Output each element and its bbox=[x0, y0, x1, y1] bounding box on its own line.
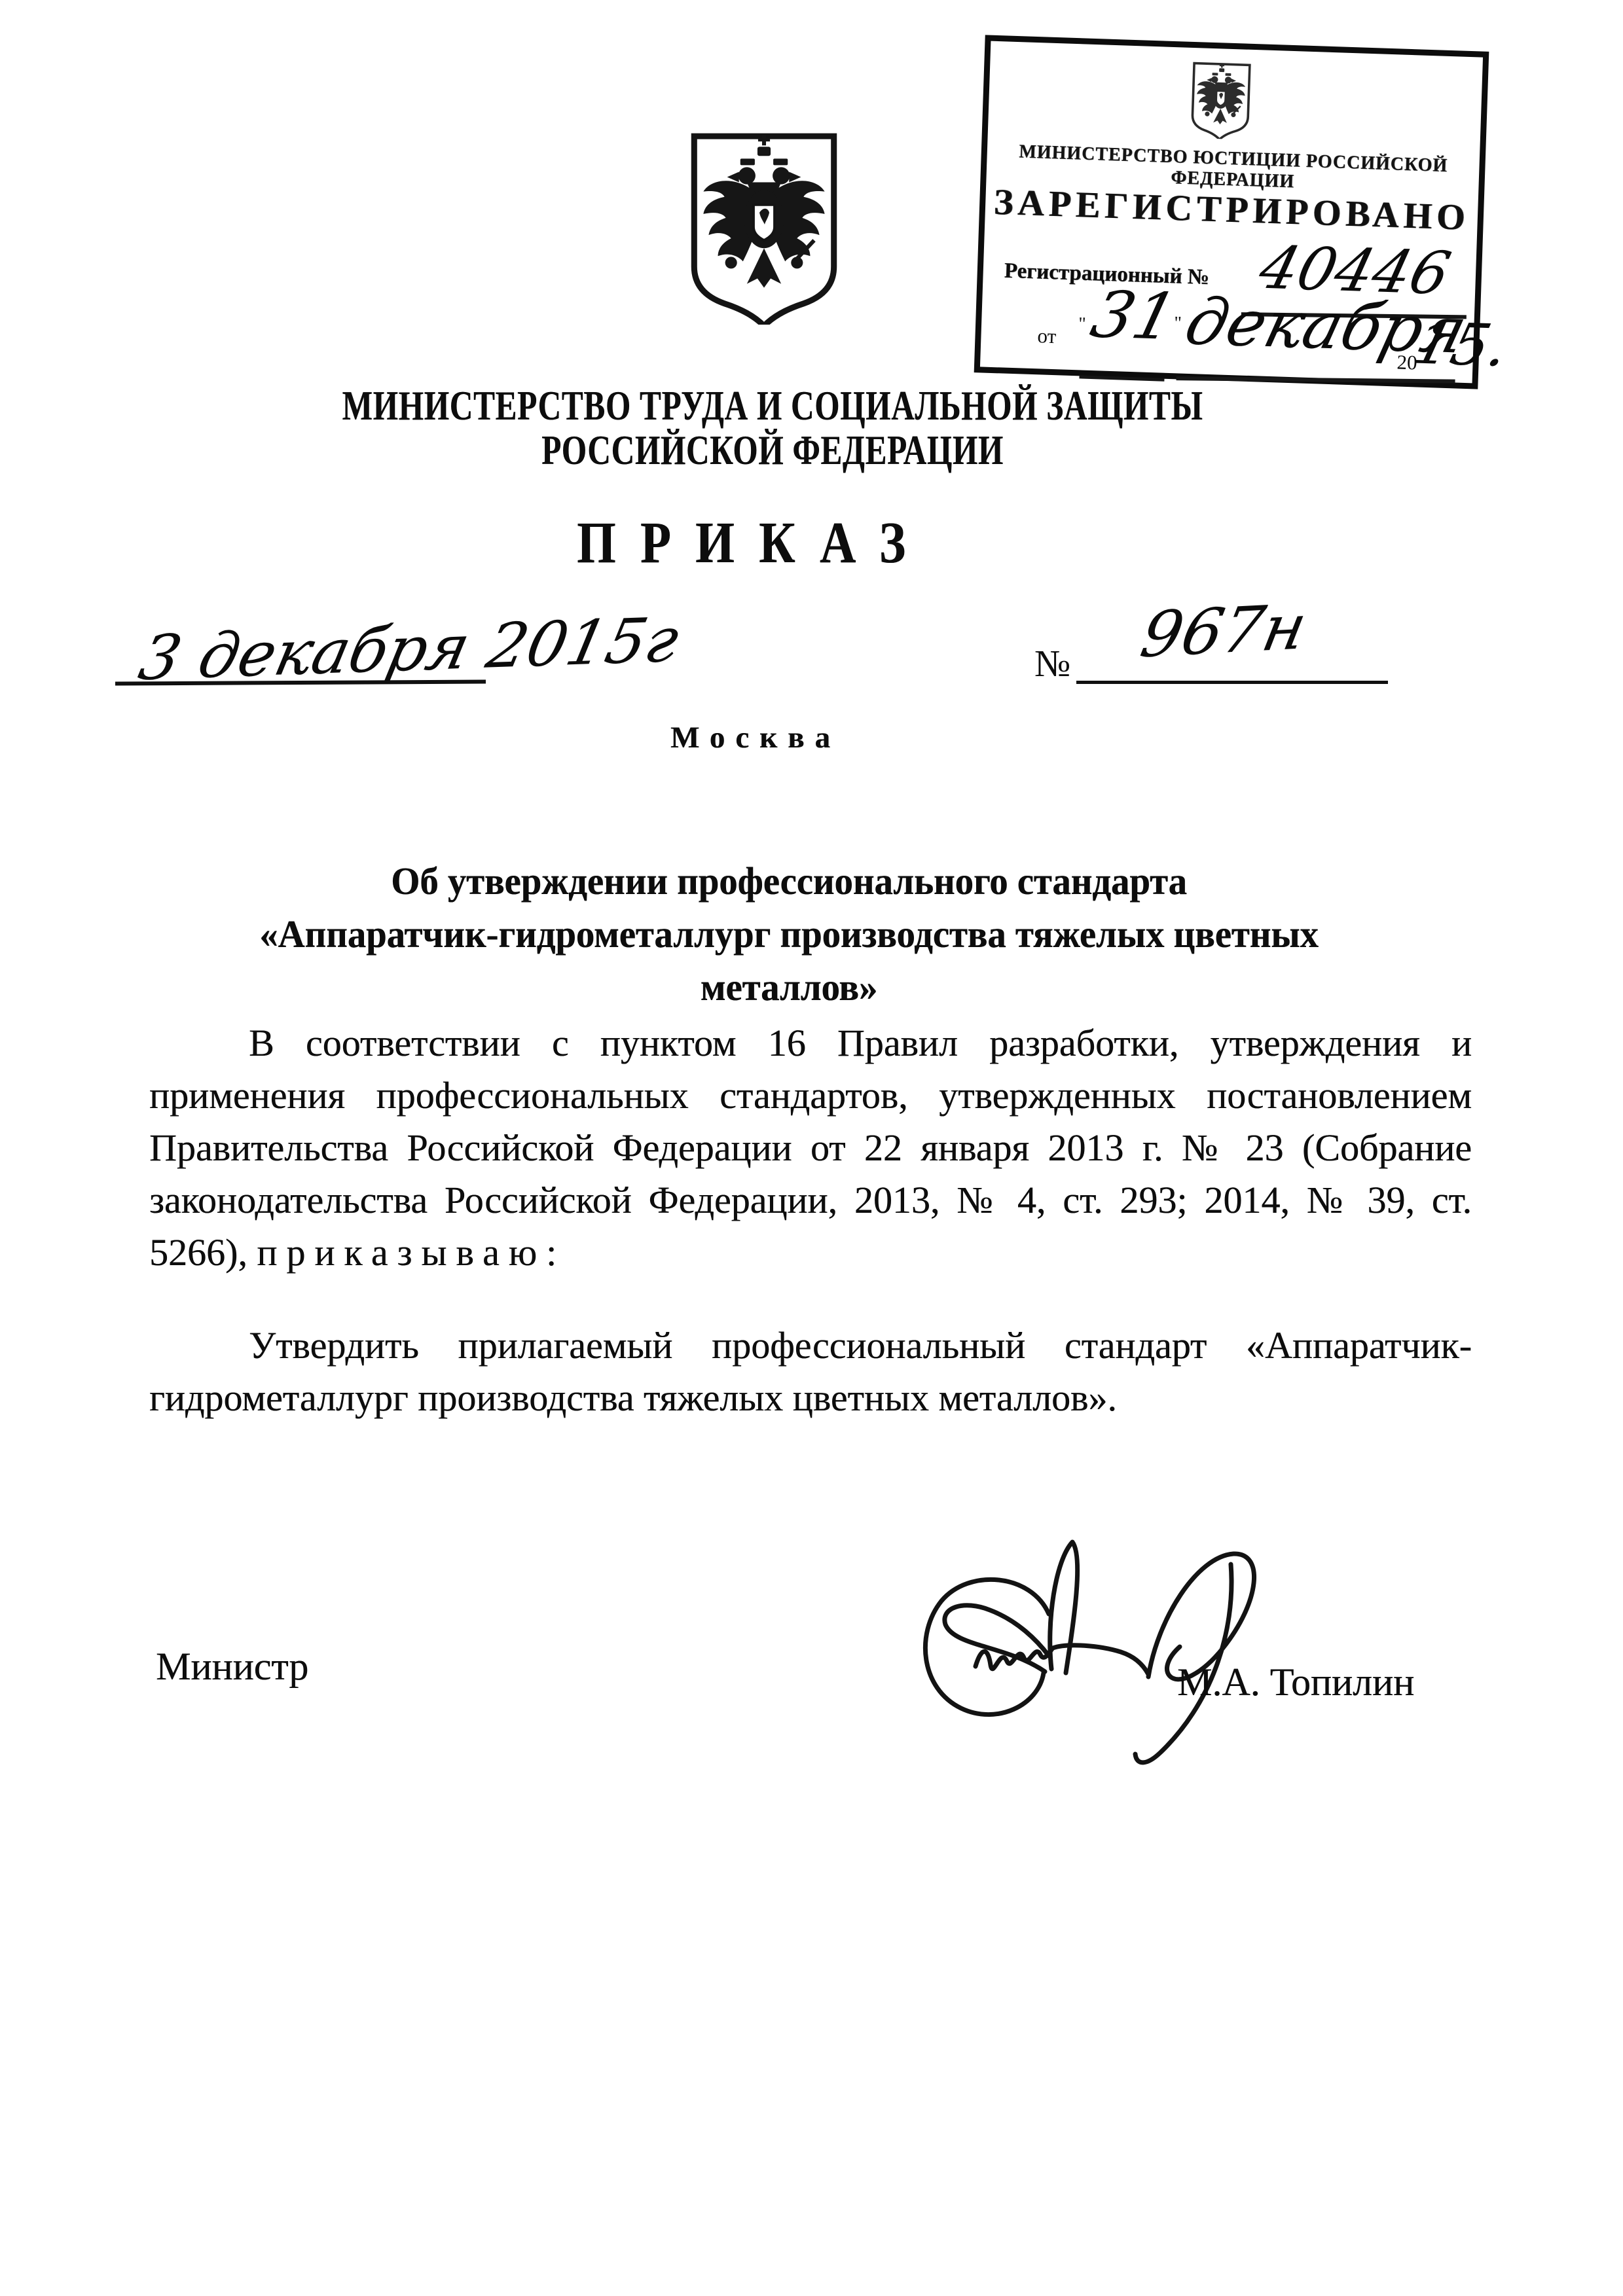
ministry-name-line1: МИНИСТЕРСТВО ТРУДА И СОЦИАЛЬНОЙ ЗАЩИТЫ bbox=[318, 384, 1227, 428]
handwritten-signature-icon bbox=[877, 1517, 1296, 1799]
stamp-quote-close: " bbox=[1174, 313, 1182, 334]
signer-name: М.А. Топилин bbox=[1177, 1660, 1414, 1705]
coat-of-arms-icon bbox=[685, 127, 843, 325]
paragraph-resolution: Утвердить прилагаемый профессиональный с… bbox=[149, 1319, 1472, 1424]
stamp-eagle-icon bbox=[1188, 60, 1254, 140]
stamp-date-prefix: от bbox=[1037, 324, 1057, 348]
stamp-month-underline bbox=[1176, 376, 1455, 383]
city-label: Москва bbox=[227, 720, 1274, 755]
order-number-handwritten: 967н bbox=[1135, 590, 1313, 672]
order-verb-emphasis: приказываю: bbox=[257, 1231, 566, 1274]
number-underline bbox=[1076, 681, 1388, 684]
registration-stamp: МИНИСТЕРСТВО ЮСТИЦИИ РОССИЙСКОЙ ФЕДЕРАЦИ… bbox=[974, 35, 1489, 389]
stamp-quote-open: " bbox=[1078, 314, 1086, 334]
stamp-date-day: 31 bbox=[1084, 278, 1184, 355]
ministry-name: МИНИСТЕРСТВО ТРУДА И СОЦИАЛЬНОЙ ЗАЩИТЫ Р… bbox=[318, 384, 1227, 473]
subject-heading: Об утверждении профессионального стандар… bbox=[183, 855, 1396, 1014]
subject-line: металлов» bbox=[183, 961, 1396, 1014]
stamp-day-underline bbox=[1079, 375, 1164, 381]
stamp-year-written: 15. bbox=[1408, 310, 1516, 380]
signer-position-title: Министр bbox=[156, 1644, 308, 1689]
paragraph-preamble: В соответствии с пунктом 16 Правил разра… bbox=[149, 1017, 1472, 1279]
subject-line: «Аппаратчик-гидрометаллург производства … bbox=[183, 908, 1396, 961]
scanned-order-page: МИНИСТЕРСТВО ЮСТИЦИИ РОССИЙСКОЙ ФЕДЕРАЦИ… bbox=[0, 0, 1623, 2296]
number-sign: № bbox=[1034, 641, 1070, 685]
ministry-name-line2: РОССИЙСКОЙ ФЕДЕРАЦИИ bbox=[318, 428, 1227, 473]
document-type-title: ПРИКАЗ bbox=[296, 509, 1186, 577]
subject-line: Об утверждении профессионального стандар… bbox=[183, 855, 1396, 908]
